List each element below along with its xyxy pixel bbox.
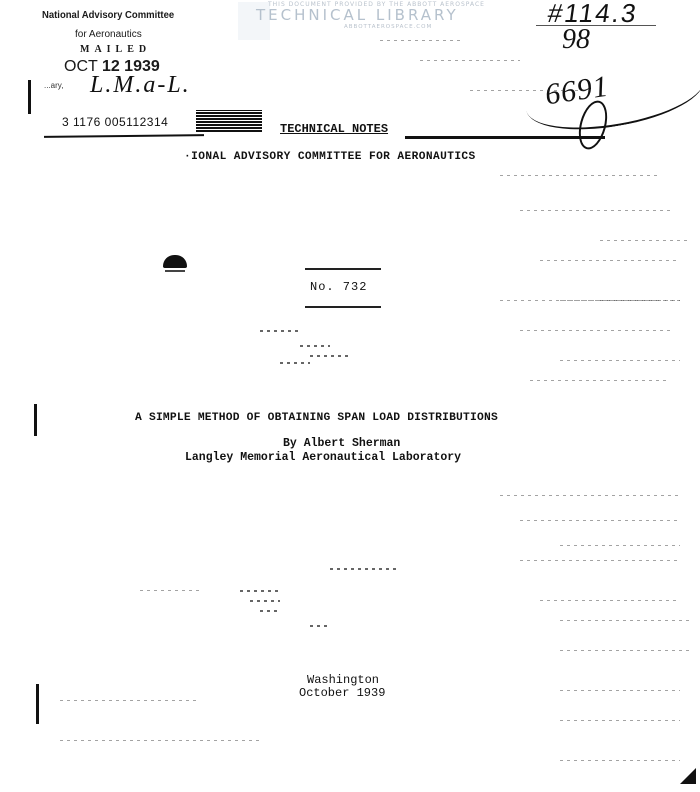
scan-noise-line (60, 700, 200, 701)
scan-noise-line (380, 40, 460, 41)
scan-mark (28, 80, 31, 114)
scan-mark (34, 404, 37, 436)
scan-noise-line (260, 330, 300, 332)
scan-noise-line (60, 740, 260, 741)
committee-name: ·IONAL ADVISORY COMMITTEE FOR AERONAUTIC… (184, 151, 476, 163)
report-number: No. 732 (310, 280, 367, 294)
stamp-committee: National Advisory Committee (42, 10, 174, 21)
scan-noise-line (520, 210, 670, 211)
scan-noise-line (310, 625, 330, 627)
report-author: By Albert Sherman (283, 437, 400, 450)
scan-noise-line (520, 560, 680, 561)
barcode-underline (44, 134, 204, 138)
report-affiliation: Langley Memorial Aeronautical Laboratory (185, 451, 461, 464)
scan-smudge (196, 110, 262, 132)
series-rule (405, 136, 605, 139)
ink-blot (163, 255, 187, 268)
scan-mark (36, 684, 39, 724)
scan-noise-line (560, 620, 690, 621)
scan-noise-line (560, 760, 680, 761)
stamp-signature-label: ...ary, (44, 81, 63, 90)
scan-noise-line (500, 495, 680, 496)
number-rule-bottom (305, 306, 381, 308)
scan-noise-line (520, 520, 680, 521)
scan-noise-line (560, 360, 680, 361)
scan-noise-line (500, 175, 660, 176)
scan-noise-line (520, 330, 670, 331)
handwritten-code-2: 98 (562, 24, 590, 56)
handwritten-rule (536, 25, 656, 26)
stamp-aeronautics: for Aeronautics (75, 29, 142, 40)
scan-noise-line (600, 300, 680, 301)
scan-noise-line (140, 590, 200, 591)
ink-blot (165, 270, 185, 272)
watermark-url: ABBOTTAEROSPACE.COM (344, 24, 432, 30)
scan-noise-line (540, 600, 680, 601)
scan-noise-line (560, 720, 680, 721)
stamp-signature: L.M.a-L. (90, 72, 191, 99)
scan-noise-line (280, 362, 310, 364)
report-title: A SIMPLE METHOD OF OBTAINING SPAN LOAD D… (135, 412, 498, 424)
series-label: TECHNICAL NOTES (280, 122, 388, 136)
scan-noise-line (260, 610, 280, 612)
scan-corner (680, 768, 696, 784)
stamp-mailed: MAILED (80, 44, 151, 55)
scan-noise-line (300, 345, 330, 347)
report-date: October 1939 (299, 686, 385, 700)
scan-noise-line (560, 650, 690, 651)
barcode-number: 3 1176 005112314 (62, 115, 168, 129)
scan-noise-line (530, 380, 670, 381)
scan-noise-line (330, 568, 400, 570)
number-rule-top (305, 268, 381, 270)
scan-noise-line (560, 690, 680, 691)
report-place: Washington (307, 673, 379, 687)
scan-noise-line (470, 90, 590, 91)
watermark-library: TECHNICAL LIBRARY (256, 6, 459, 24)
scan-noise-line (250, 600, 280, 602)
scan-noise-line (420, 60, 520, 61)
scan-noise-line (310, 355, 350, 357)
scan-noise-line (240, 590, 280, 592)
scan-noise-line (540, 260, 680, 261)
scan-noise-line (600, 240, 690, 241)
scan-noise-line (560, 545, 680, 546)
